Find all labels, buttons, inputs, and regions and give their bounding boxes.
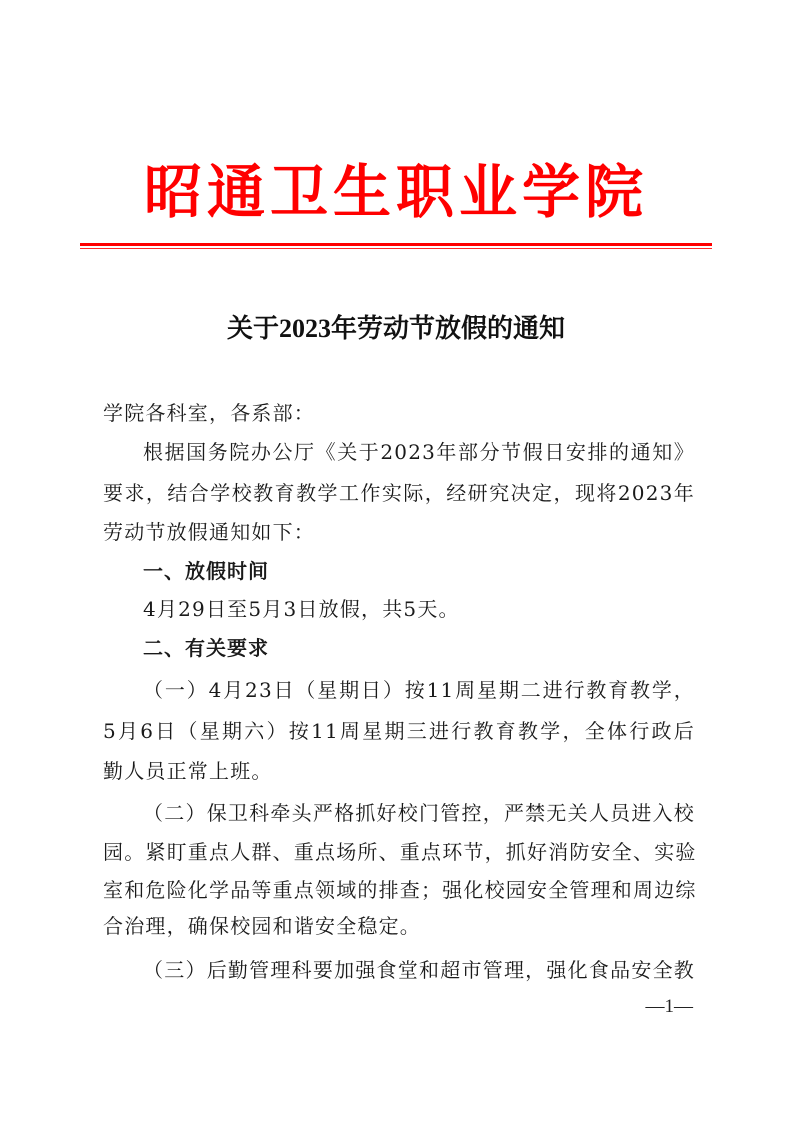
section-heading-2: 二、有关要求	[103, 633, 695, 663]
item-2-line-2: 园。紧盯重点人群、重点场所、重点环节，抓好消防安全、实验	[103, 837, 695, 867]
item-1-line-3: 勤人员正常上班。	[103, 756, 695, 786]
intro-line-2: 要求，结合学校教育教学工作实际，经研究决定，现将2023年	[103, 478, 695, 508]
red-rule-thick	[80, 243, 712, 246]
item-2-line-1: （二）保卫科牵头严格抓好校门管控，严禁无关人员进入校	[103, 798, 695, 828]
page-number: —1—	[646, 994, 694, 1020]
intro-line-1: 根据国务院办公厅《关于2023年部分节假日安排的通知》	[103, 437, 695, 467]
item-1-line-2: 5月6日（星期六）按11周星期三进行教育教学，全体行政后	[103, 716, 695, 746]
masthead-org-name: 昭通卫生职业学院	[80, 152, 712, 232]
section-1-line-1: 4月29日至5月3日放假，共5天。	[103, 594, 695, 624]
item-2-line-3: 室和危险化学品等重点领域的排查；强化校园安全管理和周边综	[103, 875, 695, 905]
section-heading-1: 一、放假时间	[103, 556, 695, 586]
salutation: 学院各科室，各系部：	[103, 398, 695, 428]
intro-line-3: 劳动节放假通知如下：	[103, 517, 695, 547]
red-header-rule	[80, 243, 712, 249]
item-2-line-4: 合治理，确保校园和谐安全稳定。	[103, 911, 695, 941]
item-3-line-1: （三）后勤管理科要加强食堂和超市管理，强化食品安全教	[103, 955, 695, 985]
document-title: 关于2023年劳动节放假的通知	[80, 310, 712, 348]
item-1-line-1: （一）4月23日（星期日）按11周星期二进行教育教学，	[103, 675, 695, 705]
red-rule-thin	[80, 248, 712, 249]
